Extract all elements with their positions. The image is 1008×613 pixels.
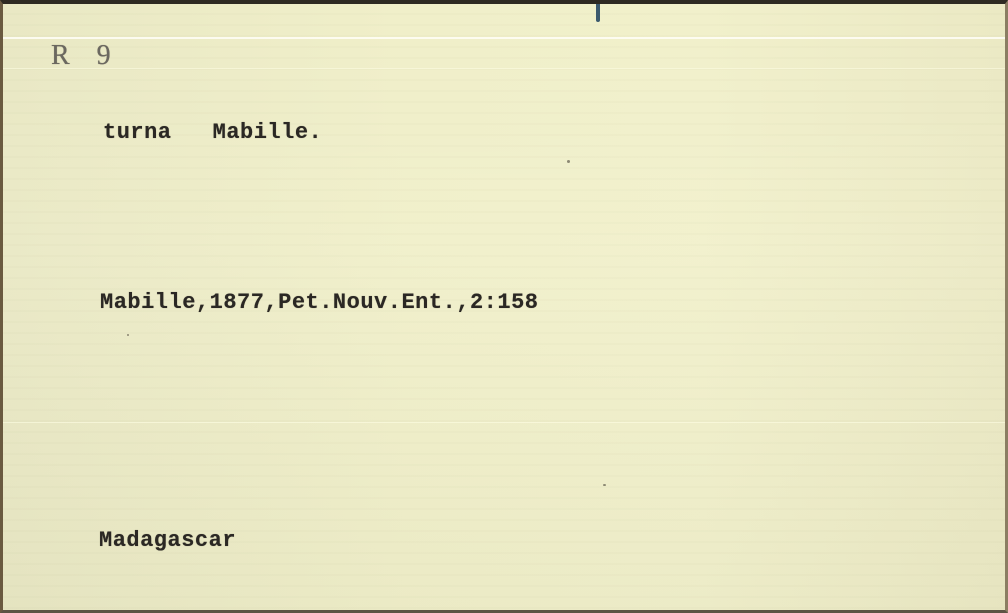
locality: Madagascar (99, 528, 236, 553)
bibliographic-reference: Mabille,1877,Pet.Nouv.Ent.,2:158 (100, 290, 538, 315)
catalog-number: R 9 (51, 40, 121, 72)
ink-speck (127, 334, 129, 336)
paper-streak (3, 68, 1005, 69)
species-name: turna Mabille. (103, 120, 322, 145)
ink-speck (567, 160, 570, 163)
paper-streak (3, 422, 1005, 423)
scan-artifact-line (3, 37, 1005, 39)
index-card: R 9 turna Mabille. Mabille,1877,Pet.Nouv… (0, 0, 1008, 613)
tab-mark (596, 4, 600, 22)
ink-speck (603, 484, 606, 486)
